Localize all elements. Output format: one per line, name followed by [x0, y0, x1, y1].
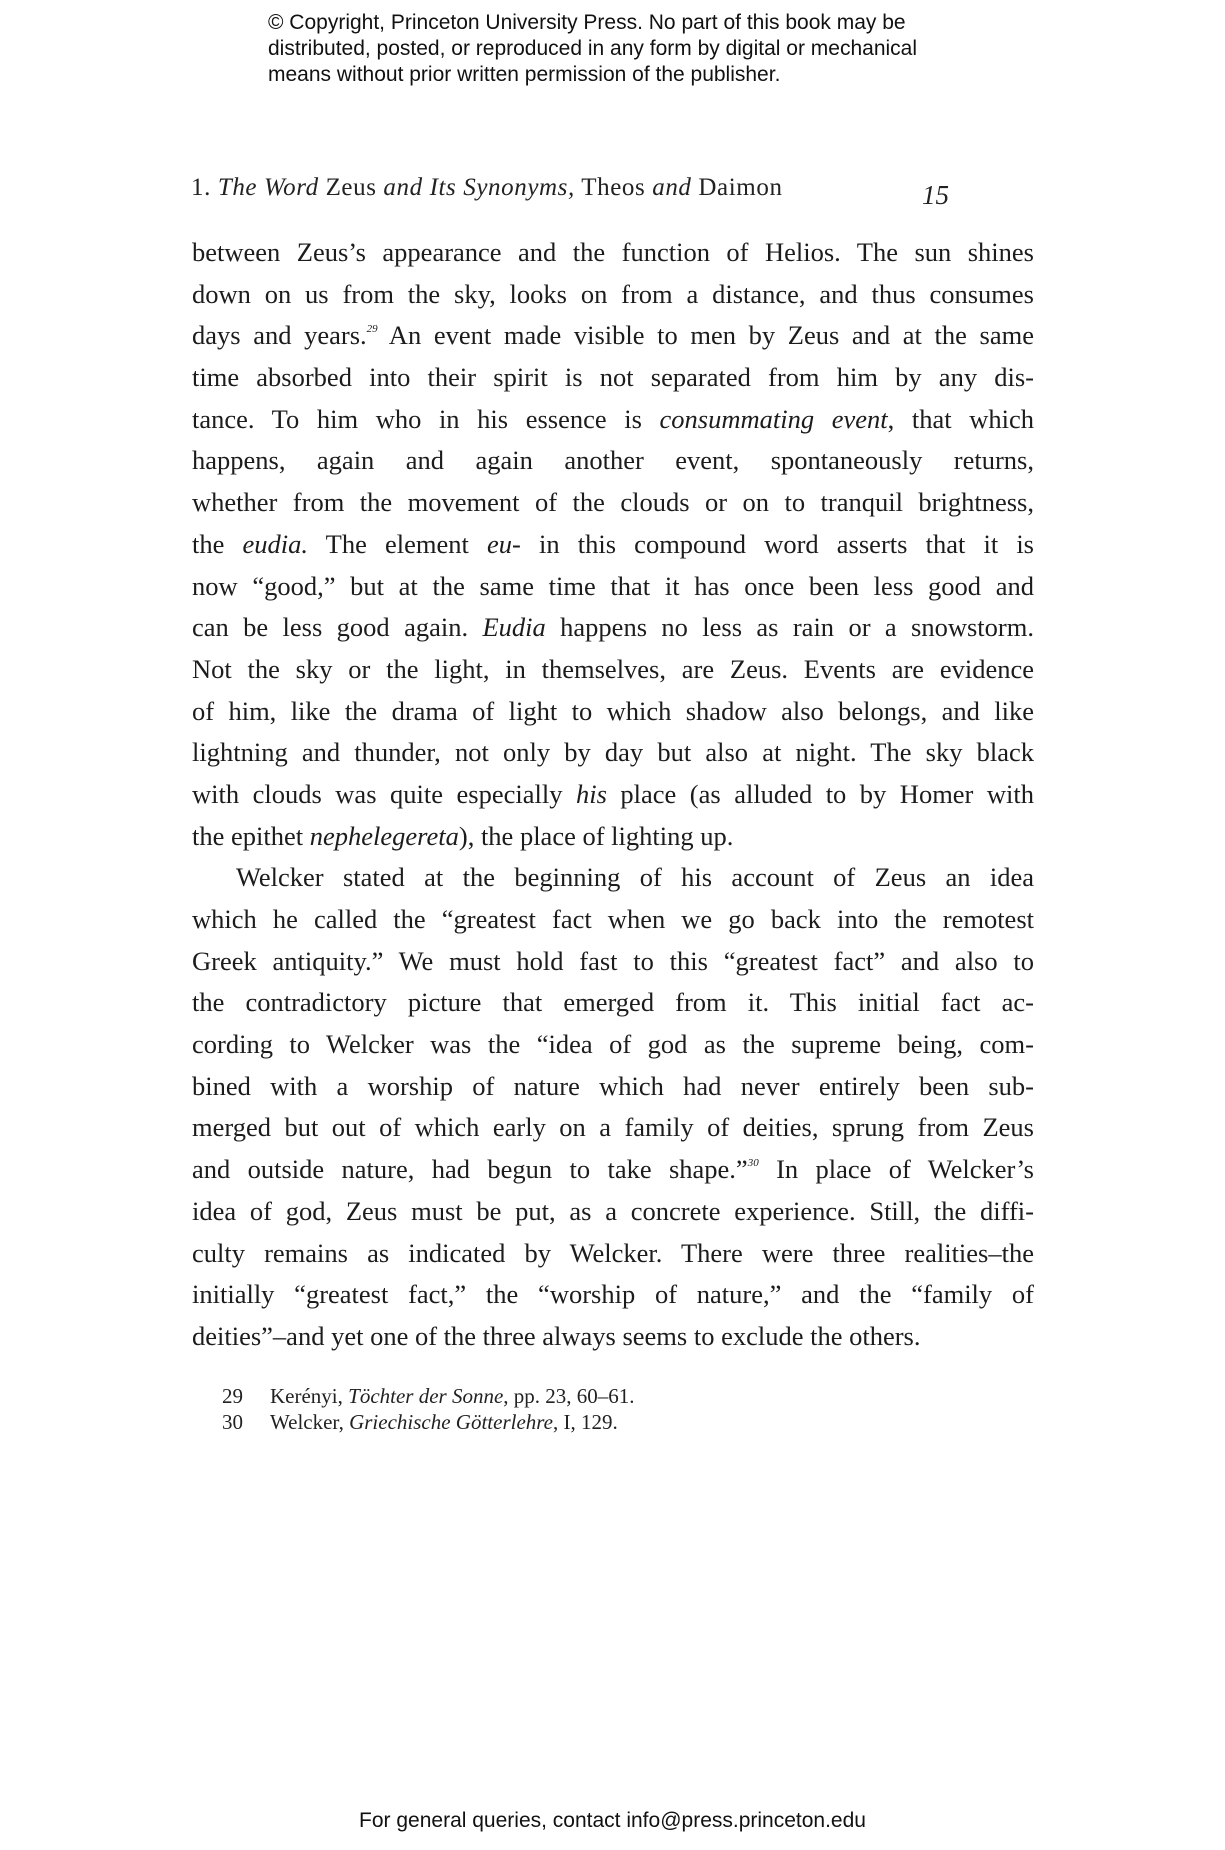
text-line: the contradictory picture that emerged f… [192, 982, 1034, 1024]
footnote-author: Kerényi, [270, 1384, 348, 1408]
text-line: the epithet nephelegereta), the place of… [192, 816, 1034, 858]
text-line: with clouds was quite especially his pla… [192, 774, 1034, 816]
text-line: and outside nature, had begun to take sh… [192, 1149, 1034, 1191]
header-title-roman: Theos [581, 174, 645, 201]
footnote-29: 29Kerényi, Töchter der Sonne, pp. 23, 60… [222, 1383, 635, 1409]
header-title-roman: Daimon [698, 174, 782, 201]
footnote-author: Welcker, [270, 1410, 349, 1434]
text-line: lightning and thunder, not only by day b… [192, 732, 1034, 774]
footnote-number: 30 [222, 1409, 270, 1435]
page-number: 15 [922, 180, 949, 211]
body-text: between Zeus’s appearance and the functi… [192, 232, 1034, 1358]
copyright-notice: © Copyright, Princeton University Press.… [268, 10, 988, 88]
running-header: 1. The Word Zeus and Its Synonyms, Theos… [191, 174, 971, 202]
text-line: of him, like the drama of light to which… [192, 691, 1034, 733]
header-title-italic: and [652, 174, 691, 201]
text-line: down on us from the sky, looks on from a… [192, 274, 1034, 316]
text-line: Greek antiquity.” We must hold fast to t… [192, 941, 1034, 983]
text-line: initially “greatest fact,” the “worship … [192, 1274, 1034, 1316]
text-line: happens, again and again another event, … [192, 440, 1034, 482]
footnote-title: Griechische Götterlehre [349, 1410, 553, 1434]
contact-footer: For general queries, contact info@press.… [0, 1809, 1225, 1833]
footnote-pages: , pp. 23, 60–61. [503, 1384, 634, 1408]
text-line: the eudia. The element eu- in this compo… [192, 524, 1034, 566]
paragraph-start-line: Welcker stated at the beginning of his a… [192, 857, 1034, 899]
text-line: days and years.29 An event made visible … [192, 315, 1034, 357]
text-line: time absorbed into their spirit is not s… [192, 357, 1034, 399]
footnote-ref-30[interactable]: 30 [748, 1157, 759, 1169]
text-line: deities”–and yet one of the three always… [192, 1316, 1034, 1358]
text-line: tance. To him who in his essence is cons… [192, 399, 1034, 441]
footnote-title: Töchter der Sonne [348, 1384, 503, 1408]
text-line: which he called the “greatest fact when … [192, 899, 1034, 941]
text-line: whether from the movement of the clouds … [192, 482, 1034, 524]
text-line: idea of god, Zeus must be put, as a conc… [192, 1191, 1034, 1233]
copyright-line: means without prior written permission o… [268, 62, 988, 88]
text-line: culty remains as indicated by Welcker. T… [192, 1233, 1034, 1275]
text-line: can be less good again. Eudia happens no… [192, 607, 1034, 649]
footnotes: 29Kerényi, Töchter der Sonne, pp. 23, 60… [222, 1383, 635, 1435]
copyright-line: distributed, posted, or reproduced in an… [268, 36, 988, 62]
copyright-line: © Copyright, Princeton University Press.… [268, 10, 988, 36]
text-line: now “good,” but at the same time that it… [192, 566, 1034, 608]
footnote-ref-29[interactable]: 29 [367, 323, 378, 335]
footnote-number: 29 [222, 1383, 270, 1409]
header-title-italic: The Word [218, 174, 319, 201]
text-line: merged but out of which early on a famil… [192, 1107, 1034, 1149]
header-title-roman: Zeus [326, 174, 377, 201]
header-title-italic: and Its Synonyms, [383, 174, 574, 201]
chapter-number: 1. [191, 174, 211, 201]
footnote-30: 30Welcker, Griechische Götterlehre, I, 1… [222, 1409, 635, 1435]
text-line: Not the sky or the light, in themselves,… [192, 649, 1034, 691]
footnote-pages: , I, 129. [553, 1410, 618, 1434]
text-line: bined with a worship of nature which had… [192, 1066, 1034, 1108]
text-line: cording to Welcker was the “idea of god … [192, 1024, 1034, 1066]
text-line: between Zeus’s appearance and the functi… [192, 232, 1034, 274]
